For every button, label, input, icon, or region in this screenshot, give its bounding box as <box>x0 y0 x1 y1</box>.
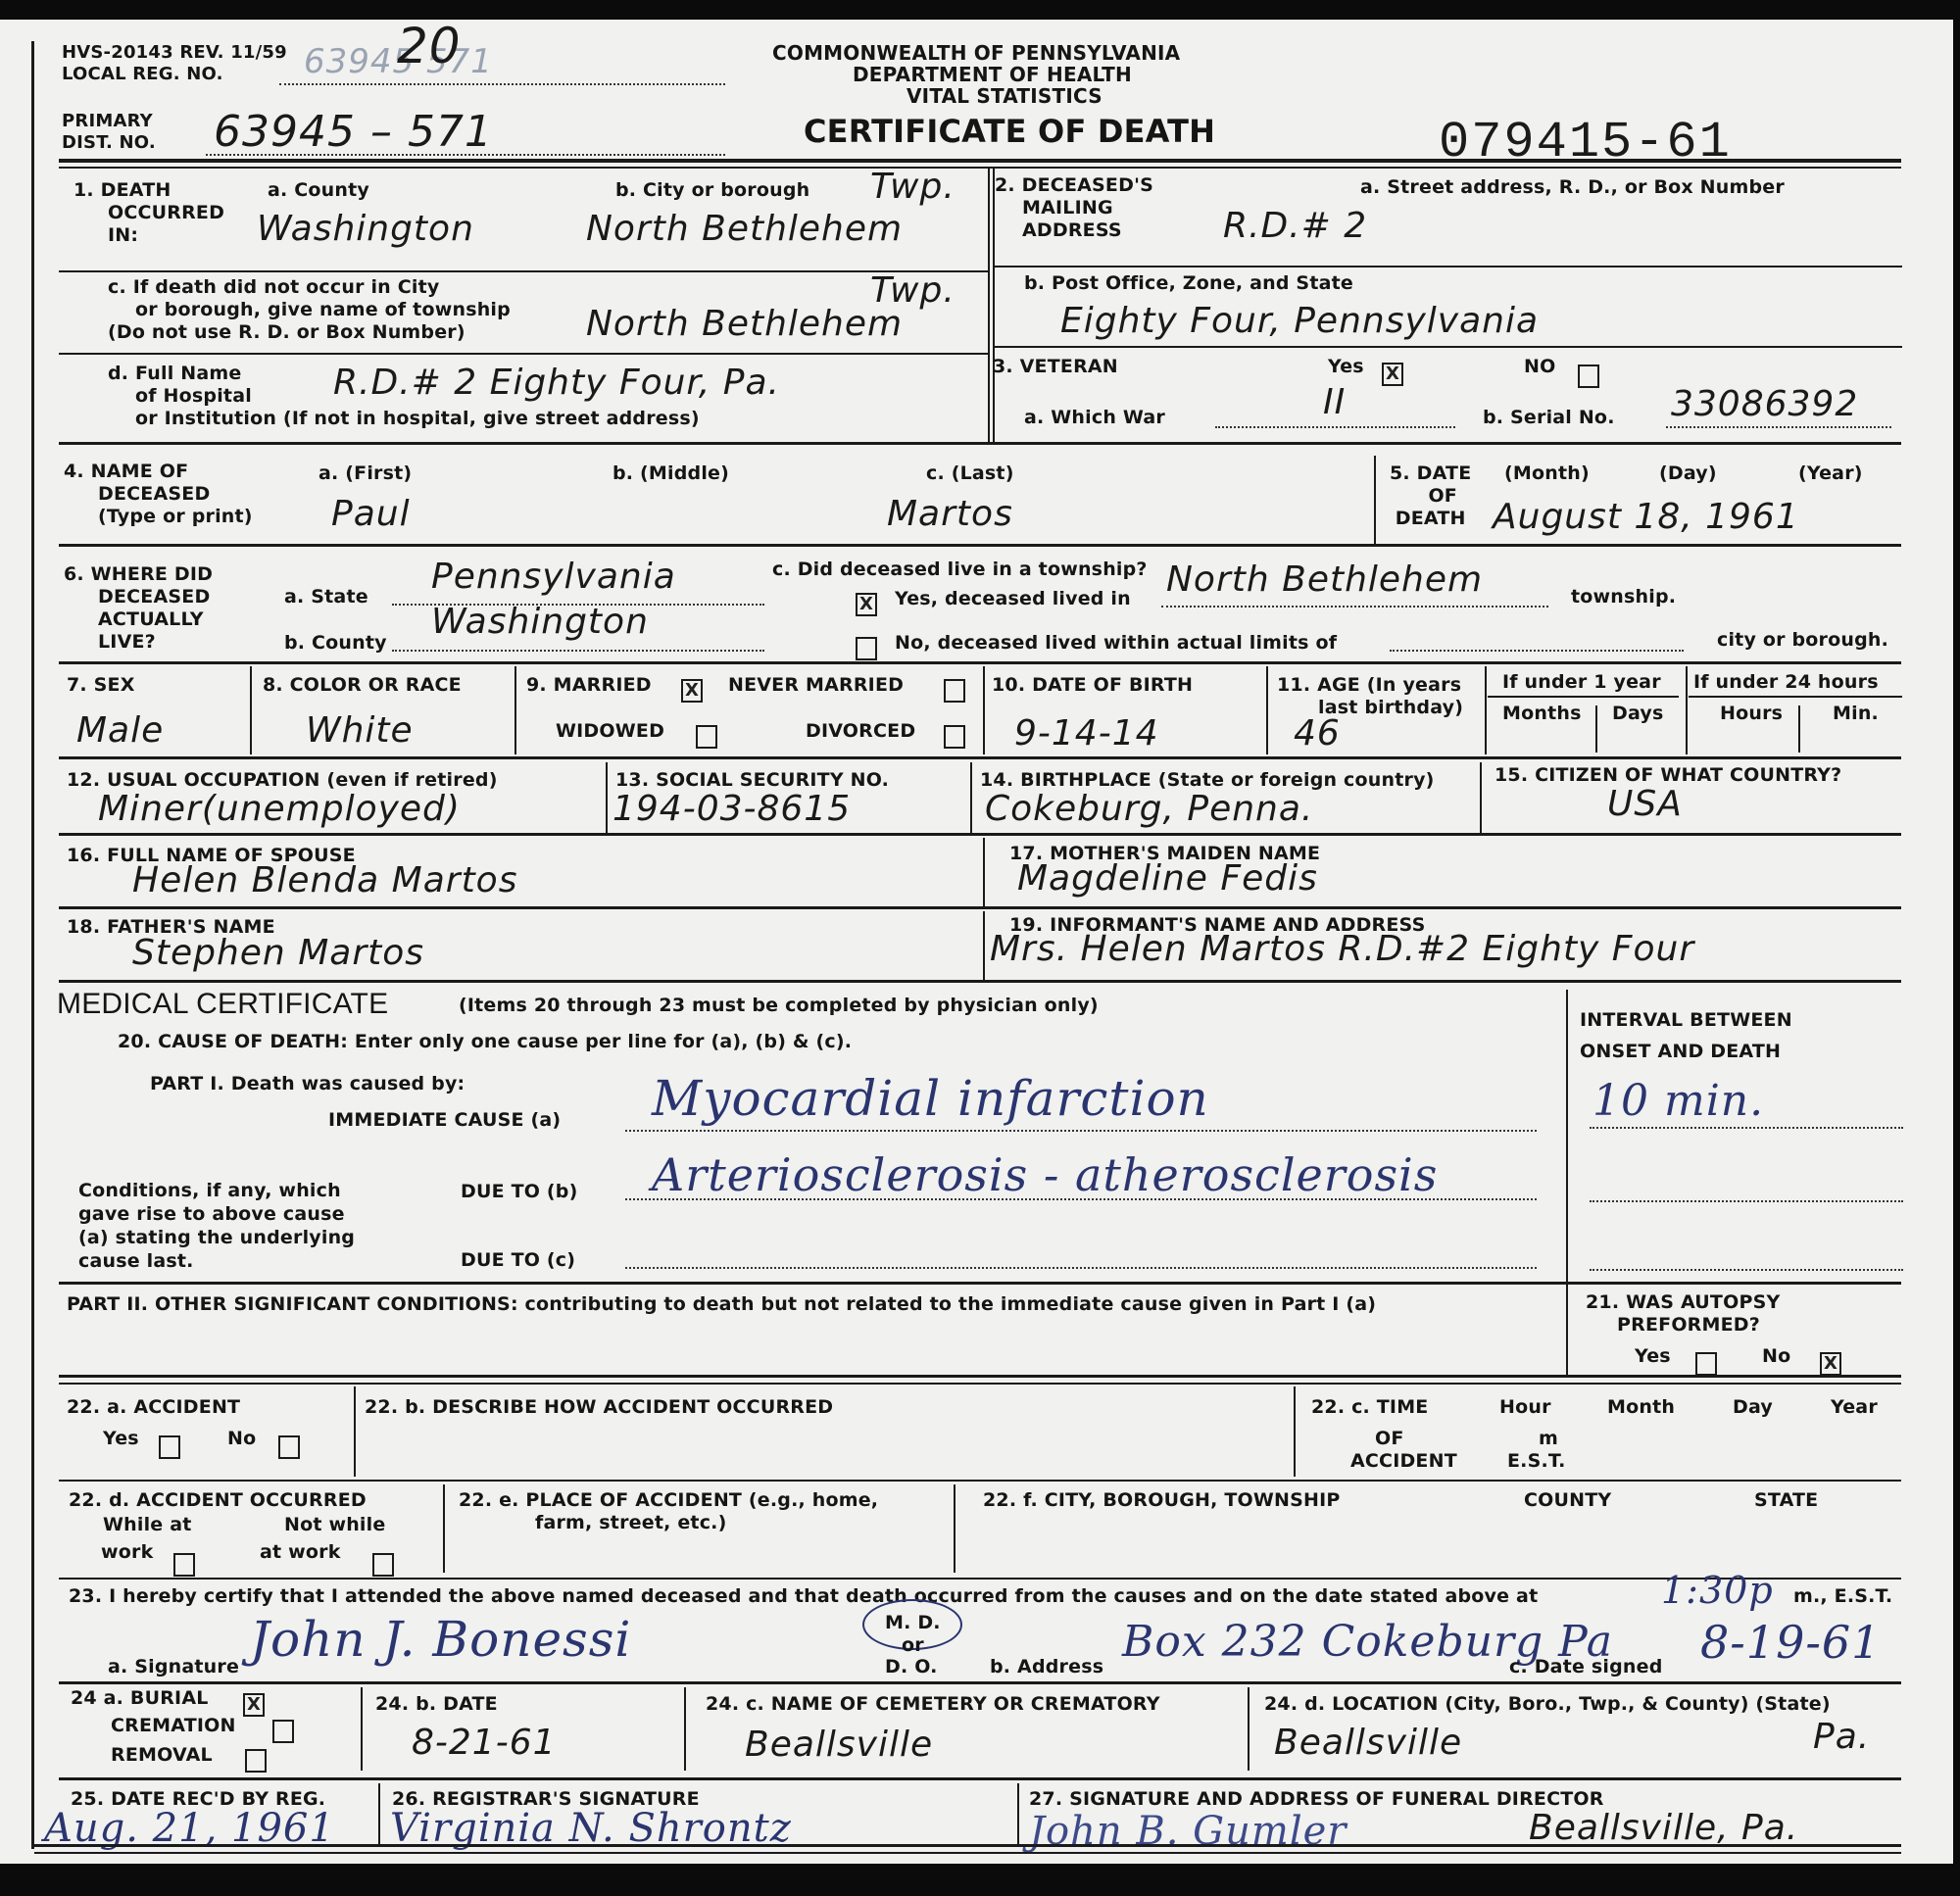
township-label-line: (Do not use R. D. or Box Number) <box>108 321 511 344</box>
cremation-checkbox[interactable] <box>272 1720 294 1743</box>
rule <box>59 1777 1901 1780</box>
divider <box>1798 705 1800 753</box>
autopsy-no-checkbox[interactable]: X <box>1820 1352 1841 1376</box>
rule <box>59 442 1901 445</box>
day-label: (Day) <box>1659 462 1717 485</box>
rule <box>59 833 1901 836</box>
medical-subtitle: (Items 20 through 23 must be completed b… <box>459 995 1099 1017</box>
conditions-note-line: (a) stating the underlying <box>78 1226 355 1249</box>
accident-no-checkbox[interactable] <box>278 1435 300 1459</box>
due-to-c-label: DUE TO (c) <box>461 1249 575 1272</box>
war-dots <box>1215 426 1455 428</box>
divider <box>514 666 516 754</box>
accident-yes-label: Yes <box>103 1428 139 1450</box>
interval-label: INTERVAL BETWEEN ONSET AND DEATH <box>1580 1004 1792 1067</box>
township-suffix-label: township. <box>1571 586 1676 608</box>
sex-value: Male <box>76 710 164 752</box>
interval-a-value: 10 min. <box>1592 1081 1764 1122</box>
location-value: Beallsville <box>1274 1723 1462 1764</box>
burial-date-value: 8-21-61 <box>412 1723 557 1764</box>
burial-date-label: 24. b. DATE <box>375 1693 498 1716</box>
item6-label-line: ACTUALLY <box>64 608 213 631</box>
divider <box>250 666 252 754</box>
divider <box>361 1687 363 1771</box>
rule <box>59 906 1901 909</box>
local-reg-dots <box>279 83 725 85</box>
work-label: work <box>101 1541 153 1564</box>
interval-c-dots <box>1590 1269 1903 1271</box>
min-label: Min. <box>1833 703 1879 725</box>
divider <box>443 1484 445 1573</box>
dob-value: 9-14-14 <box>1014 713 1159 754</box>
divider <box>983 666 985 754</box>
cause-header: 20. CAUSE OF DEATH: Enter only one cause… <box>118 1031 852 1053</box>
place-label-line: farm, street, etc.) <box>459 1512 878 1534</box>
agency-line3: VITAL STATISTICS <box>906 85 1102 108</box>
left-border <box>31 41 34 1849</box>
funeral-director-label: 27. SIGNATURE AND ADDRESS OF FUNERAL DIR… <box>1029 1788 1604 1811</box>
divider <box>1248 1687 1249 1771</box>
race-label: 8. COLOR OR RACE <box>263 674 462 697</box>
divider-4-5 <box>1374 456 1376 544</box>
cremation-label: CREMATION <box>111 1715 236 1737</box>
age-label-line: 11. AGE (In years <box>1277 674 1463 697</box>
autopsy-no-label: No <box>1762 1345 1790 1368</box>
physician-signature: John J. Bonessi <box>250 1619 631 1660</box>
township-question: c. Did deceased live in a township? <box>772 559 1148 581</box>
hospital-value: R.D.# 2 Eighty Four, Pa. <box>333 363 780 404</box>
sex-label: 7. SEX <box>67 674 135 697</box>
header-rule-2 <box>59 167 1901 169</box>
registrar-signature: Virginia N. Shrontz <box>390 1808 792 1849</box>
divider <box>684 1687 686 1771</box>
residence-county-value: Washington <box>431 602 649 643</box>
time-suffix: m., E.S.T. <box>1793 1585 1892 1608</box>
autopsy-yes-label: Yes <box>1635 1345 1671 1368</box>
township-no-checkbox[interactable] <box>856 637 877 660</box>
rule <box>59 1383 1901 1385</box>
certify-statement: 23. I hereby certify that I attended the… <box>69 1585 1538 1608</box>
war-label: a. Which War <box>1024 407 1165 429</box>
street-value: R.D.# 2 <box>1223 206 1367 247</box>
date-of-death-label-line: 5. DATE <box>1390 462 1471 485</box>
divider <box>970 762 972 833</box>
rule <box>59 1480 1901 1482</box>
widowed-checkbox[interactable] <box>696 725 717 749</box>
hours-label: Hours <box>1720 703 1783 725</box>
divider-autopsy <box>1566 1284 1568 1377</box>
middle-name-label: b. (Middle) <box>612 462 729 485</box>
months-label: Months <box>1502 703 1582 725</box>
township-yes-label: Yes, deceased lived in <box>895 588 1131 610</box>
divorced-checkbox[interactable] <box>944 725 965 749</box>
city-label: b. City or borough <box>615 179 809 202</box>
item4-label-line: DECEASED <box>64 483 253 506</box>
part1-label: PART I. Death was caused by: <box>150 1073 465 1095</box>
rule <box>59 756 1901 759</box>
item6-label: 6. WHERE DID DECEASED ACTUALLY LIVE? <box>64 563 213 654</box>
township-residence-value: North Bethlehem <box>1166 559 1483 601</box>
dist-value: 63945 – 571 <box>214 112 493 153</box>
item4-label-line: (Type or print) <box>64 506 253 528</box>
part2-label: PART II. OTHER SIGNIFICANT CONDITIONS: c… <box>67 1293 1376 1316</box>
accident-city-label: 22. f. CITY, BOROUGH, TOWNSHIP <box>983 1489 1340 1512</box>
rule <box>34 1844 1901 1847</box>
rule <box>59 270 988 272</box>
item1-label: 1. DEATH OCCURRED IN: <box>73 179 224 247</box>
war-value: II <box>1323 382 1346 423</box>
item6-label-line: LIVE? <box>64 631 213 654</box>
item1-label-line: 1. DEATH <box>73 179 224 202</box>
township-label-line: or borough, give name of township <box>108 299 511 321</box>
place-of-accident-label: 22. e. PLACE OF ACCIDENT (e.g., home, fa… <box>459 1489 878 1534</box>
accident-hour-label: Hour <box>1499 1396 1551 1419</box>
do-label: D. O. <box>885 1656 938 1678</box>
divider <box>983 911 985 980</box>
local-reg-label: LOCAL REG. NO. <box>62 64 223 85</box>
divider <box>1294 1386 1296 1477</box>
county-dots <box>392 650 764 652</box>
accident-county-label: COUNTY <box>1524 1489 1611 1512</box>
divider <box>1485 666 1487 754</box>
interval-label-line: INTERVAL BETWEEN <box>1580 1004 1792 1036</box>
divider <box>1266 666 1268 754</box>
citizen-value: USA <box>1607 784 1683 825</box>
divider <box>1480 762 1482 833</box>
married-checkbox[interactable]: X <box>681 679 703 703</box>
item2-label-line: MAILING <box>995 197 1153 219</box>
interval-a-dots <box>1590 1127 1903 1129</box>
conditions-note-line: Conditions, if any, which <box>78 1179 355 1202</box>
divorced-label: DIVORCED <box>806 720 915 743</box>
rule <box>1689 696 1902 698</box>
immediate-cause-value: Myocardial infarction <box>652 1078 1209 1119</box>
rule <box>59 1681 1901 1684</box>
burial-checkbox[interactable]: X <box>243 1693 265 1717</box>
rule <box>59 661 1901 664</box>
location-label: 24. d. LOCATION (City, Boro., Twp., & Co… <box>1264 1693 1831 1716</box>
occupation-value: Miner(unemployed) <box>98 789 461 830</box>
residence-state-label: a. State <box>284 586 368 608</box>
serial-value: 33086392 <box>1671 384 1858 425</box>
item1-label-line: OCCURRED <box>73 202 224 224</box>
first-name-label: a. (First) <box>318 462 412 485</box>
agency-line1: COMMONWEALTH OF PENNSYLVANIA <box>772 42 1180 65</box>
accident-time-label: 22. c. TIME <box>1311 1396 1428 1419</box>
mother-value: Magdeline Fedis <box>1017 858 1318 899</box>
accident-m-label: m <box>1539 1428 1558 1450</box>
rule <box>1488 696 1679 698</box>
item4-label: 4. NAME OF DECEASED (Type or print) <box>64 461 253 528</box>
interval-b-dots <box>1590 1200 1903 1202</box>
rule <box>59 544 1901 547</box>
race-value: White <box>306 710 414 752</box>
interval-label-line: ONSET AND DEATH <box>1580 1036 1792 1067</box>
widowed-label: WIDOWED <box>556 720 664 743</box>
never-married-checkbox[interactable] <box>944 679 965 703</box>
divider-interval <box>1566 990 1568 1282</box>
rule <box>59 1375 1901 1378</box>
date-signed-value: 8-19-61 <box>1700 1622 1881 1663</box>
post-office-label: b. Post Office, Zone, and State <box>1024 272 1353 295</box>
father-value: Stephen Martos <box>132 933 424 974</box>
township-label: c. If death did not occur in City or bor… <box>108 276 511 344</box>
veteran-yes-label: Yes <box>1328 356 1364 378</box>
accident-month-label: Month <box>1607 1396 1675 1419</box>
while-at-work-checkbox[interactable] <box>173 1553 195 1577</box>
veteran-no-checkbox[interactable] <box>1578 365 1599 388</box>
city-value: North Bethlehem <box>586 209 903 250</box>
date-signed-label: c. Date signed <box>1509 1656 1663 1678</box>
due-to-b-value: Arteriosclerosis - atherosclerosis <box>652 1154 1438 1195</box>
year-label: (Year) <box>1798 462 1863 485</box>
physician-signature-label: a. Signature <box>108 1656 239 1678</box>
rule <box>34 1852 1901 1854</box>
md-label: M. D. <box>885 1612 941 1634</box>
veteran-no-label: NO <box>1524 356 1555 378</box>
cemetery-label: 24. c. NAME OF CEMETERY OR CREMATORY <box>706 1693 1160 1716</box>
city-suffix: Twp. <box>870 167 955 208</box>
place-label-line: 22. e. PLACE OF ACCIDENT (e.g., home, <box>459 1489 878 1512</box>
post-office-value: Eighty Four, Pennsylvania <box>1060 301 1539 342</box>
age-value: 46 <box>1294 713 1341 754</box>
not-while-label: Not while <box>284 1514 385 1536</box>
accident-est-label: E.S.T. <box>1507 1450 1566 1473</box>
burial-label: 24 a. BURIAL <box>71 1687 209 1710</box>
residence-county-label: b. County <box>284 632 387 655</box>
agency-line2: DEPARTMENT OF HEALTH <box>853 64 1132 86</box>
date-of-death-value: August 18, 1961 <box>1493 497 1799 538</box>
not-at-work-checkbox[interactable] <box>372 1553 394 1577</box>
divider <box>983 838 985 906</box>
item4-label-line: 4. NAME OF <box>64 461 253 483</box>
date-received-value: Aug. 21, 1961 <box>44 1808 335 1849</box>
or-label: or <box>902 1634 924 1657</box>
item1-label-line: IN: <box>73 224 224 247</box>
date-of-death-label-line: OF <box>1390 485 1471 508</box>
item2-label-line: ADDRESS <box>995 219 1153 242</box>
rule <box>993 266 1902 267</box>
local-reg-value: 20 <box>397 25 462 67</box>
accident-occurred-label: 22. d. ACCIDENT OCCURRED <box>69 1489 367 1512</box>
accident-state-label: STATE <box>1754 1489 1818 1512</box>
location-state-value: Pa. <box>1813 1717 1870 1758</box>
spouse-value: Helen Blenda Martos <box>132 860 517 901</box>
autopsy-label-line: 21. WAS AUTOPSY <box>1586 1291 1780 1314</box>
rule <box>993 346 1902 348</box>
rule <box>59 1578 1901 1580</box>
accident-accident-label: ACCIDENT <box>1350 1450 1457 1473</box>
accident-of-label: OF <box>1375 1428 1404 1450</box>
rule <box>59 353 988 355</box>
rule <box>59 980 1901 983</box>
street-label: a. Street address, R. D., or Box Number <box>1360 176 1785 199</box>
item6-label-line: 6. WHERE DID <box>64 563 213 586</box>
township-yes-checkbox[interactable]: X <box>856 593 877 616</box>
informant-value: Mrs. Helen Martos R.D.#2 Eighty Four <box>990 929 1694 970</box>
divider <box>606 762 608 833</box>
accident-label: 22. a. ACCIDENT <box>67 1396 240 1419</box>
divider-1-2 <box>988 169 990 443</box>
conditions-note-line: cause last. <box>78 1249 355 1273</box>
date-of-death-label: 5. DATE OF DEATH <box>1390 462 1471 530</box>
township-no-label: No, deceased lived within actual limits … <box>895 632 1337 655</box>
physician-address-label: b. Address <box>990 1656 1103 1678</box>
city-borough-suffix: city or borough. <box>1717 629 1888 652</box>
veteran-yes-checkbox[interactable]: X <box>1382 363 1403 386</box>
hospital-label-line: or Institution (If not in hospital, give… <box>108 408 700 430</box>
immediate-cause-label: IMMEDIATE CAUSE (a) <box>328 1109 561 1132</box>
divider <box>1686 666 1688 754</box>
days-label: Days <box>1612 703 1664 725</box>
under-year-label: If under 1 year <box>1502 671 1661 694</box>
accident-description-label: 22. b. DESCRIBE HOW ACCIDENT OCCURRED <box>365 1396 833 1419</box>
residence-state-value: Pennsylvania <box>431 557 676 598</box>
autopsy-label: 21. WAS AUTOPSY PREFORMED? <box>1586 1291 1780 1337</box>
never-married-label: NEVER MARRIED <box>728 674 904 697</box>
form-id: HVS-20143 REV. 11/59 <box>62 42 287 64</box>
under-24-label: If under 24 hours <box>1693 671 1879 694</box>
married-label: 9. MARRIED <box>526 674 652 697</box>
cause-a-dots <box>625 1130 1537 1132</box>
last-name-value: Martos <box>887 494 1013 535</box>
divider <box>954 1484 955 1573</box>
autopsy-yes-checkbox[interactable] <box>1695 1352 1717 1376</box>
removal-checkbox[interactable] <box>245 1749 267 1773</box>
item2-label-line: 2. DECEASED'S <box>995 174 1153 197</box>
first-name-value: Paul <box>331 494 411 535</box>
ssn-value: 194-03-8615 <box>612 789 851 830</box>
rule <box>59 1282 1901 1285</box>
cemetery-value: Beallsville <box>745 1725 933 1766</box>
header-rule <box>59 159 1901 163</box>
item2-label: 2. DECEASED'S MAILING ADDRESS <box>995 174 1153 242</box>
serial-dots <box>1666 426 1891 428</box>
at-work-label: at work <box>260 1541 341 1564</box>
city-dots <box>1390 650 1684 652</box>
accident-day-label: Day <box>1733 1396 1773 1419</box>
medical-title: MEDICAL CERTIFICATE <box>57 985 388 1024</box>
dist-label: DIST. NO. <box>62 132 156 154</box>
primary-label: PRIMARY <box>62 111 153 132</box>
divider <box>1595 705 1597 753</box>
date-of-death-label-line: DEATH <box>1390 508 1471 530</box>
dob-label: 10. DATE OF BIRTH <box>992 674 1193 697</box>
certificate-paper: HVS-20143 REV. 11/59 LOCAL REG. NO. 6394… <box>0 20 1953 1864</box>
autopsy-label-line: PREFORMED? <box>1586 1314 1780 1337</box>
certificate-number: 079415-61 <box>1439 114 1732 171</box>
item6-label-line: DECEASED <box>64 586 213 608</box>
time-of-death-value: 1:30p <box>1661 1570 1774 1611</box>
veteran-label: 3. VETERAN <box>993 356 1118 378</box>
divider <box>1017 1783 1019 1844</box>
conditions-note-line: gave rise to above cause <box>78 1202 355 1226</box>
cause-c-dots <box>625 1267 1537 1269</box>
last-name-label: c. (Last) <box>926 462 1014 485</box>
accident-yes-checkbox[interactable] <box>159 1435 180 1459</box>
conditions-note: Conditions, if any, which gave rise to a… <box>78 1179 355 1273</box>
serial-label: b. Serial No. <box>1483 407 1615 429</box>
township-dots <box>1161 606 1548 608</box>
divider <box>354 1386 356 1477</box>
township-value: North Bethlehem <box>586 304 903 345</box>
document-title: CERTIFICATE OF DEATH <box>804 114 1215 149</box>
due-to-b-label: DUE TO (b) <box>461 1181 578 1203</box>
accident-year-label: Year <box>1831 1396 1878 1419</box>
county-label: a. County <box>268 179 369 202</box>
county-value: Washington <box>257 209 474 250</box>
accident-no-label: No <box>227 1428 256 1450</box>
while-at-label: While at <box>103 1514 192 1536</box>
removal-label: REMOVAL <box>111 1744 213 1767</box>
divider <box>378 1783 380 1844</box>
township-label-line: c. If death did not occur in City <box>108 276 511 299</box>
birthplace-value: Cokeburg, Penna. <box>985 789 1313 830</box>
funeral-director-address: Beallsville, Pa. <box>1529 1808 1798 1849</box>
month-label: (Month) <box>1504 462 1590 485</box>
